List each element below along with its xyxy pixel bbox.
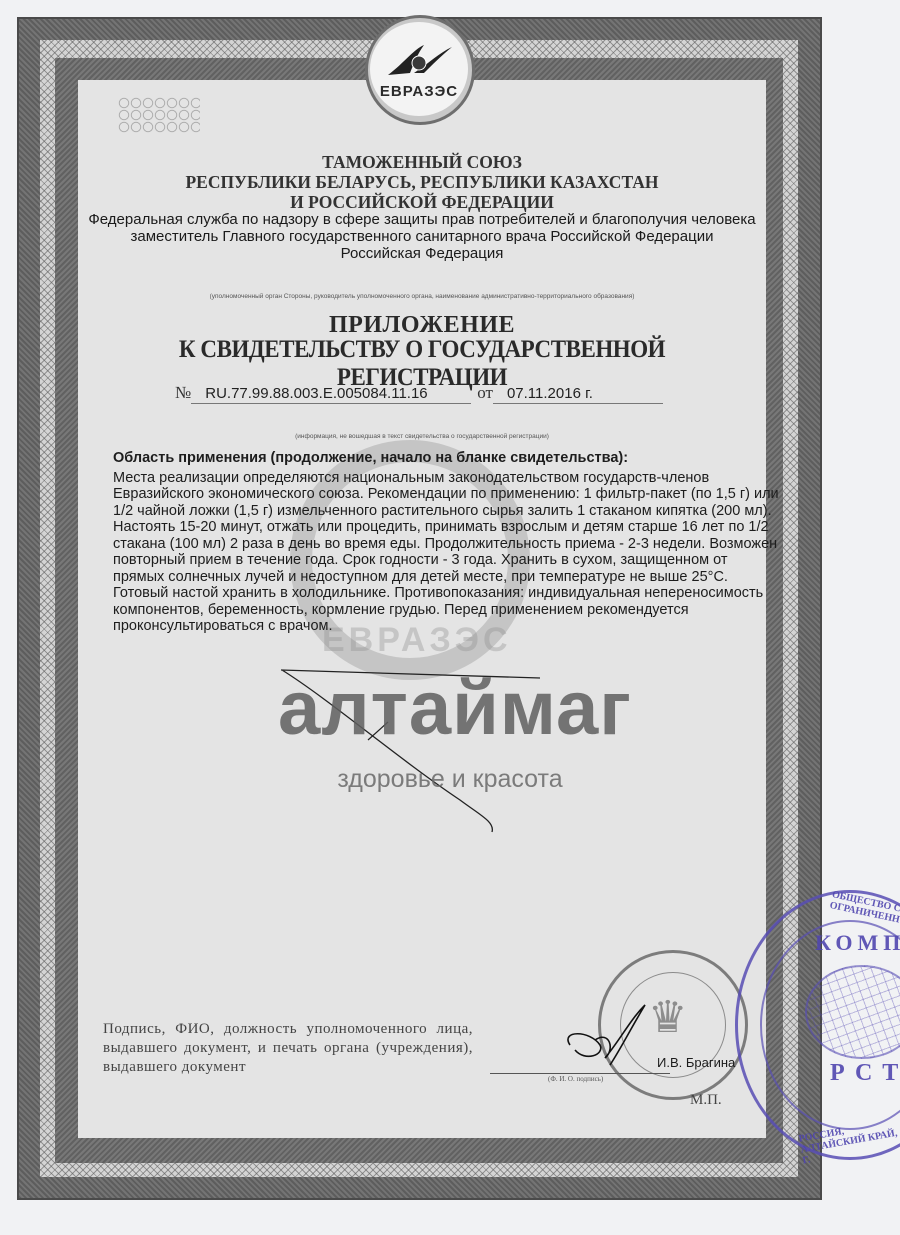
fio-label: (Ф. И. О. подпись) — [548, 1075, 603, 1083]
company-stamp-word2: РСТ — [830, 1060, 900, 1087]
company-stamp-word1: КОМПА — [815, 930, 900, 956]
seal-place-label: М.П. — [690, 1092, 722, 1109]
signature-line — [490, 1073, 670, 1074]
signatory-name: И.В. Брагина — [657, 1055, 735, 1070]
